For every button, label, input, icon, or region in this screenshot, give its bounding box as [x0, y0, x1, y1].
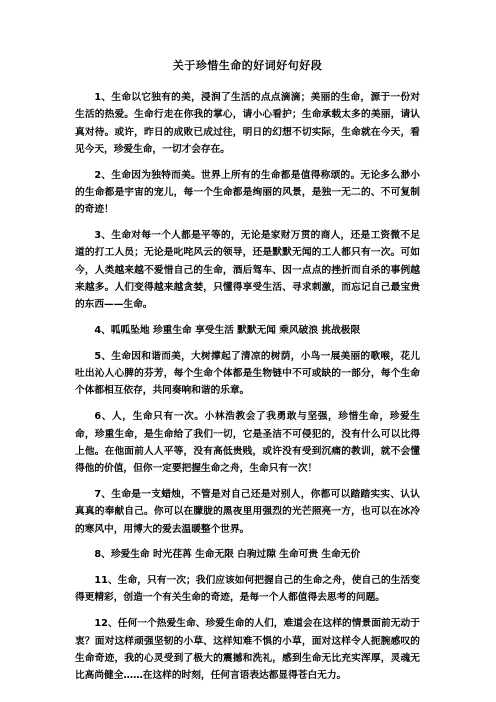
- paragraph-11: 11、生命，只有一次；我们应该如何把握自己的生命之舟，使自己的生活变得更精彩，创…: [75, 572, 420, 607]
- document-title: 关于珍惜生命的好词好句好段: [75, 57, 420, 73]
- paragraph-7: 7、生命是一支蜡烛，不管是对自己还是对别人，你都可以踏踏实实、认认真真的奉献自己…: [75, 486, 420, 538]
- paragraph-5: 5、生命因和谐而美，大树撑起了清凉的树荫，小鸟一展美丽的歌喉，花儿吐出沁人心脾的…: [75, 348, 420, 400]
- paragraph-2: 2、生命因为独特而美。世界上所有的生命都是值得称颂的。无论多么渺小的生命都是宇宙…: [75, 167, 420, 219]
- paragraph-6: 6、人，生命只有一次。小林浩教会了我勇敢与坚强，珍惜生命，珍爱生命，珍重生命，是…: [75, 408, 420, 477]
- paragraph-8: 8、珍爱生命 时光荏苒 生命无限 白驹过隙 生命可贵 生命无价: [75, 546, 420, 563]
- document-page: 关于珍惜生命的好词好句好段 1、生命以它独有的美，浸润了生活的点点滴滴；美丽的生…: [0, 0, 496, 702]
- paragraph-1: 1、生命以它独有的美，浸润了生活的点点滴滴；美丽的生命，源于一份对生活的热爱。生…: [75, 89, 420, 158]
- paragraph-4: 4、呱呱坠地 珍重生命 享受生活 默默无闻 乘风破浪 挑战极限: [75, 322, 420, 339]
- paragraph-3: 3、生命对每一个人都是平等的，无论是家财万贯的商人，还是工资微不足道的打工人员；…: [75, 227, 420, 313]
- paragraph-12: 12、任何一个热爱生命、珍爱生命的人们，难道会在这样的情景面前无动于衷？面对这样…: [75, 615, 420, 684]
